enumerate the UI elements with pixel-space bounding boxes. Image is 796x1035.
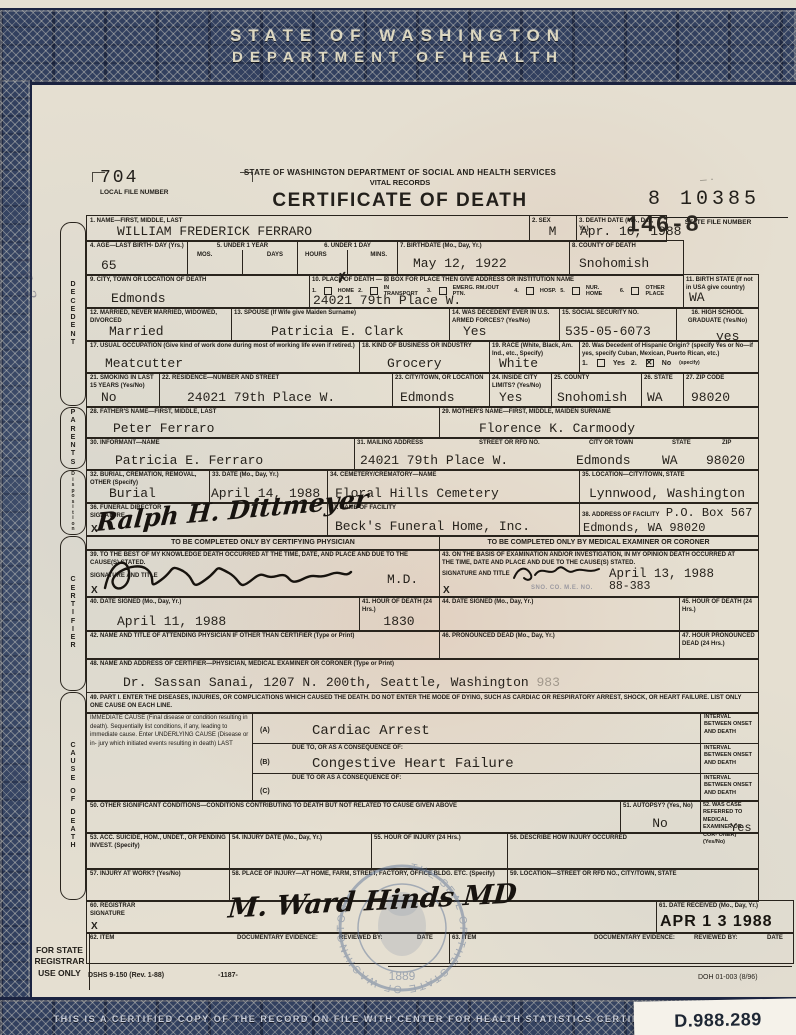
certificate-form: DECEDENT PARENTS Disposition CERTIFIER C…	[58, 160, 794, 1000]
field-50-other-conditions: 50. OTHER SIGNIFICANT CONDITIONS—CONDITI…	[87, 801, 621, 833]
field-30-value: Patricia E. Ferraro	[115, 453, 263, 468]
field-26-label: 26. STATE	[641, 373, 683, 382]
cause-line-b-value: Congestive Heart Failure	[312, 756, 514, 772]
section-certifier: CERTIFIER	[60, 536, 86, 691]
field-8-value: Snohomish	[579, 256, 649, 271]
field-5-label: 5. UNDER 1 YEAR	[187, 241, 297, 250]
field-41-value: 1830	[383, 614, 414, 629]
field-4-label: 4. AGE—LAST BIRTH- DAY (Yrs.)	[87, 241, 187, 250]
band-state-title: STATE OF WASHINGTON	[230, 26, 566, 46]
left-guilloche-band	[0, 80, 32, 1035]
field-30-label: 30. INFORMANT—NAME	[87, 438, 354, 447]
option-label: HOSP.	[540, 288, 556, 294]
checkbox-unchecked	[572, 287, 580, 295]
field-23-value: Edmonds	[400, 390, 455, 405]
field-1-name: 1. NAME—FIRST, MIDDLE, LAST WILLIAM FRED…	[87, 216, 530, 241]
field-48-value-faded: 983	[536, 675, 559, 690]
field-1-value: WILLIAM FREDERICK FERRARO	[117, 224, 312, 239]
field-14-label: 14. WAS DECEDENT EVER IN U.S. ARMED FORC…	[449, 308, 559, 325]
field-49-part-i: 49. PART I. ENTER THE DISEASES, INJURIES…	[87, 693, 758, 713]
option-number: 2.	[631, 360, 637, 367]
field-17-label: 17. USUAL OCCUPATION (Give kind of work …	[87, 341, 359, 350]
field-46-label: 46. PRONOUNCED DEAD (Mo., Day, Yr.)	[439, 631, 679, 640]
option-label: No	[662, 360, 671, 367]
field-56-how-injury: 56. DESCRIBE HOW INJURY OCCURRED	[507, 833, 758, 869]
field-2-sex: 2. SEX M	[529, 216, 577, 241]
field-41-hour-of-death: 41. HOUR OF DEATH (24 Hrs.) 1830	[359, 597, 440, 631]
field-18-label: 18. KIND OF BUSINESS OR INDUSTRY	[359, 341, 489, 350]
row-12: 40. DATE SIGNED (Mo., Day, Yr.) April 11…	[86, 596, 759, 632]
field-3-death-date: 3. DEATH DATE (Mo., Day, Yr.) Apr. 10, 1…	[576, 216, 666, 241]
field-52-referred-to-me: 52. WAS CASE REFERRED TO MEDICAL EXAMINE…	[700, 801, 758, 833]
field-63-reviewed-label: REVIEWED BY:	[694, 935, 738, 941]
field-39-title-suffix: M.D.	[387, 572, 418, 587]
field-2-value: M	[549, 224, 557, 239]
row-9: 32. BURIAL, CREMATION, REMOVAL, OTHER (S…	[86, 469, 759, 504]
option-label: EMERG. RM./OUT PTN.	[453, 285, 511, 297]
field-38-value1: P.O. Box 567	[666, 506, 752, 520]
row-13: 42. NAME AND TITLE OF ATTENDING PHYSICIA…	[86, 630, 759, 660]
field-40-date-signed: 40. DATE SIGNED (Mo., Day, Yr.) April 11…	[87, 597, 360, 631]
option-number: 5.	[560, 288, 565, 294]
field-62-reviewed-label: REVIEWED BY:	[339, 935, 383, 941]
field-57-injury-at-work: 57. INJURY AT WORK? (Yes/No)	[87, 869, 230, 901]
cause-line-a-tag: (A)	[260, 727, 270, 734]
immediate-cause-note-cell: IMMEDIATE CAUSE (Final disease or condit…	[87, 713, 253, 801]
field-5-under-1-year: 5. UNDER 1 YEAR MOS. DAYS	[187, 241, 298, 275]
field-24-city-limits: 24. INSIDE CITY LIMITS? (Yes/No) Yes	[489, 373, 552, 407]
field-40-label: 40. DATE SIGNED (Mo., Day, Yr.)	[87, 597, 359, 606]
field-47-label: 47. HOUR PRONOUNCED DEAD (24 Hrs.)	[679, 631, 758, 648]
field-8-label: 8. COUNTY OF DEATH	[569, 241, 683, 250]
band-dept-title: DEPARTMENT OF HEALTH	[232, 49, 564, 66]
state-registrar-use-box: FOR STATE REGISTRAR USE ONLY	[30, 934, 90, 990]
field-53-label: 53. ACC. SUICIDE, HOM., UNDET., OR PENDI…	[87, 833, 229, 850]
physician-signature-scrawl	[97, 552, 357, 596]
field-31-state-value: WA	[662, 453, 678, 468]
field-31-sub-city: CITY OR TOWN	[589, 440, 633, 446]
field-14-value: Yes	[463, 324, 486, 339]
cause-due-b-label: DUE TO, OR AS A CONSEQUENCE OF:	[292, 745, 403, 751]
field-28-father: 28. FATHER'S NAME—FIRST, MIDDLE, LAST Pe…	[87, 407, 440, 438]
row-1: 1. NAME—FIRST, MIDDLE, LAST WILLIAM FRED…	[86, 215, 667, 242]
field-20-options: 1.Yes2.No(specify)	[579, 358, 758, 367]
cause-line-b-tag: (B)	[260, 759, 270, 766]
field-37-value: Beck's Funeral Home, Inc.	[335, 519, 530, 534]
field-13-value: Patricia E. Clark	[271, 324, 404, 339]
field-4-value: 65	[101, 258, 117, 273]
field-27-zip: 27. ZIP CODE 98020	[683, 373, 758, 407]
field-62-date-label: DATE	[417, 935, 433, 941]
checkbox-unchecked	[597, 359, 605, 367]
field-48-value: Dr. Sassan Sanai, 1207 N. 200th, Seattle…	[123, 675, 529, 690]
field-48-certifier-address: 48. NAME AND ADDRESS OF CERTIFIER—PHYSIC…	[87, 659, 758, 692]
field-23-residence-city: 23. CITY/TOWN, OR LOCATION Edmonds	[392, 373, 490, 407]
cause-of-death-block: IMMEDIATE CAUSE (Final disease or condit…	[86, 712, 759, 802]
field-48-label: 48. NAME AND ADDRESS OF CERTIFIER—PHYSIC…	[87, 659, 758, 668]
field-14-armed-forces: 14. WAS DECEDENT EVER IN U.S. ARMED FORC…	[449, 308, 560, 341]
field-19-value: White	[499, 356, 538, 371]
field-10-handwritten-x: ✗	[336, 270, 349, 287]
field-33-label: 33. DATE (Mo., Day, Yr.)	[209, 470, 327, 479]
option-label: NUR. HOME	[586, 285, 616, 297]
field-46-pronounced-dead: 46. PRONOUNCED DEAD (Mo., Day, Yr.)	[439, 631, 680, 659]
field-62-evidence-label: DOCUMENTARY EVIDENCE:	[237, 935, 318, 941]
field-50-label: 50. OTHER SIGNIFICANT CONDITIONS—CONDITI…	[87, 801, 620, 810]
field-59-injury-location: 59. LOCATION—STREET OR RFD NO., CITY/TOW…	[507, 869, 758, 901]
me-signature-scrawl	[509, 562, 604, 584]
field-4-age: 4. AGE—LAST BIRTH- DAY (Yrs.) 65	[87, 241, 188, 275]
field-15-label: 15. SOCIAL SECURITY NO.	[559, 308, 676, 317]
field-31-sub-street: STREET OR RFD NO.	[479, 440, 540, 446]
field-25-residence-county: 25. COUNTY Snohomish	[551, 373, 642, 407]
checkbox-unchecked	[526, 287, 534, 295]
row-53: 53. ACC. SUICIDE, HOM., UNDET., OR PENDI…	[86, 832, 759, 870]
immediate-cause-note: IMMEDIATE CAUSE (Final disease or condit…	[87, 713, 252, 749]
field-38-facility-address: 38. ADDRESS OF FACILITY P.O. Box 567 Edm…	[579, 503, 758, 536]
field-56-label: 56. DESCRIBE HOW INJURY OCCURRED	[507, 833, 758, 842]
field-22-residence: 22. RESIDENCE—NUMBER AND STREET 24021 79…	[159, 373, 393, 407]
field-58-label: 58. PLACE OF INJURY—AT HOME, FARM, STREE…	[229, 869, 507, 878]
field-43-x-mark: X	[443, 585, 450, 596]
row-6: 21. SMOKING IN LAST 15 YEARS (Yes/No) No…	[86, 372, 759, 408]
field-10-label: 10. PLACE OF DEATH — ☒ BOX FOR PLACE THE…	[309, 275, 683, 284]
field-6-sub-hours: HOURS	[305, 252, 327, 258]
field-60-x-mark: X	[91, 921, 98, 932]
field-42-attending-physician: 42. NAME AND TITLE OF ATTENDING PHYSICIA…	[87, 631, 440, 659]
cause-line-b: DUE TO, OR AS A CONSEQUENCE OF: (B) Cong…	[252, 743, 700, 774]
field-6-label: 6. UNDER 1 DAY	[297, 241, 397, 250]
field-61-date-received: 61. DATE RECEIVED (Mo., Day, Yr.) APR 1 …	[656, 901, 793, 933]
field-34-label: 34. CEMETERY/CREMATORY—NAME	[327, 470, 579, 479]
field-27-label: 27. ZIP CODE	[683, 373, 758, 382]
field-11-value: WA	[689, 290, 705, 305]
field-45-me-hour: 45. HOUR OF DEATH (24 Hrs.)	[679, 597, 758, 631]
field-26-value: WA	[647, 390, 663, 405]
section-parents: PARENTS	[60, 407, 86, 469]
option-label: OTHER PLACE	[645, 285, 683, 297]
field-7-label: 7. BIRTHDATE (Mo., Day, Yr.)	[397, 241, 569, 250]
field-5-divider	[242, 250, 243, 275]
field-12-marital-status: 12. MARRIED, NEVER MARRIED, WIDOWED, DIV…	[87, 308, 232, 341]
field-31-zip-value: 98020	[706, 453, 745, 468]
field-8-county: 8. COUNTY OF DEATH Snohomish	[569, 241, 683, 275]
row-15: 49. PART I. ENTER THE DISEASES, INJURIES…	[86, 692, 759, 714]
field-9-value: Edmonds	[111, 291, 166, 306]
field-5-sub-months: MOS.	[197, 252, 212, 258]
field-9-label: 9. CITY, TOWN OR LOCATION OF DEATH	[87, 275, 309, 284]
field-43-stamp-label: SNO. CO. M.E. NO.	[531, 585, 593, 591]
field-24-value: Yes	[499, 390, 522, 405]
field-31-mailing-address: 31. MAILING ADDRESS STREET OR RFD NO. CI…	[354, 438, 758, 470]
cause-line-c-tag: (C)	[260, 788, 270, 795]
option-number: 1.	[582, 360, 588, 367]
field-21-value: No	[101, 390, 117, 405]
field-62-item: 62. ITEM DOCUMENTARY EVIDENCE: REVIEWED …	[87, 933, 450, 963]
field-21-label: 21. SMOKING IN LAST 15 YEARS (Yes/No)	[87, 373, 159, 390]
section-decedent: DECEDENT	[60, 222, 86, 406]
field-19-race: 19. RACE (White, Black, Am. Ind., etc., …	[489, 341, 580, 373]
field-31-sub-zip: ZIP	[722, 440, 731, 446]
field-18-value: Grocery	[387, 356, 442, 371]
field-23-label: 23. CITY/TOWN, OR LOCATION	[392, 373, 489, 382]
interval-column: INTERVAL BETWEEN ONSET AND DEATH INTERVA…	[700, 713, 759, 801]
interval-b-label: INTERVAL BETWEEN ONSET AND DEATH	[701, 744, 759, 767]
field-17-occupation: 17. USUAL OCCUPATION (Give kind of work …	[87, 341, 360, 373]
field-12-value: Married	[109, 324, 164, 339]
row-50: 50. OTHER SIGNIFICANT CONDITIONS—CONDITI…	[86, 800, 759, 834]
doh-form-number: DOH 01-003 (8/96)	[698, 974, 758, 981]
interval-c-cell: INTERVAL BETWEEN ONSET AND DEATH	[701, 773, 759, 802]
field-11-birth-state: 11. BIRTH STATE (If not in USA give coun…	[683, 275, 758, 308]
cause-lines-cell: (A) Cardiac Arrest DUE TO, OR AS A CONSE…	[252, 713, 701, 801]
field-6-divider	[347, 250, 348, 275]
field-63-evidence-label: DOCUMENTARY EVIDENCE:	[594, 935, 675, 941]
field-32-label: 32. BURIAL, CREMATION, REMOVAL, OTHER (S…	[87, 470, 209, 487]
medical-examiner-header: TO BE COMPLETED ONLY BY MEDICAL EXAMINER…	[439, 536, 758, 550]
field-63-date-label: DATE	[767, 935, 783, 941]
row-3: 9. CITY, TOWN OR LOCATION OF DEATH Edmon…	[86, 274, 759, 309]
field-49-label: 49. PART I. ENTER THE DISEASES, INJURIES…	[87, 693, 747, 710]
field-6-sub-mins: MINS.	[370, 252, 387, 258]
death-certificate-page: STATE OF WASHINGTON DEPARTMENT OF HEALTH…	[0, 0, 796, 1035]
cause-line-a: (A) Cardiac Arrest	[252, 713, 700, 743]
interval-a-label: INTERVAL BETWEEN ONSET AND DEATH	[701, 713, 759, 736]
field-39-physician-certification: 39. TO THE BEST OF MY KNOWLEDGE DEATH OC…	[87, 550, 440, 597]
row-11: 39. TO THE BEST OF MY KNOWLEDGE DEATH OC…	[86, 549, 759, 598]
archive-reference-label: D.988.289	[634, 998, 796, 1035]
field-54-injury-date: 54. INJURY DATE (Mo., Day, Yr.)	[229, 833, 372, 869]
field-31-sub-state: STATE	[672, 440, 691, 446]
section-disposition: Disposition	[60, 470, 86, 535]
archive-reference-number: D.988.289	[674, 1009, 762, 1032]
field-31-street-value: 24021 79th Place W.	[360, 453, 508, 468]
field-42-label: 42. NAME AND TITLE OF ATTENDING PHYSICIA…	[87, 631, 439, 640]
field-15-ssn: 15. SOCIAL SECURITY NO. 535-05-6073	[559, 308, 677, 341]
row-8: 30. INFORMANT—NAME Patricia E. Ferraro 3…	[86, 437, 759, 471]
field-21-smoking: 21. SMOKING IN LAST 15 YEARS (Yes/No) No	[87, 373, 160, 407]
interval-b-cell: INTERVAL BETWEEN ONSET AND DEATH	[701, 743, 759, 774]
cause-due-c-label: DUE TO OR AS A CONSEQUENCE OF:	[292, 775, 401, 781]
field-61-label: 61. DATE RECEIVED (Mo., Day, Yr.)	[656, 901, 793, 910]
field-13-label: 13. SPOUSE (If Wife give Maiden Surname)	[231, 308, 449, 317]
field-32-value: Burial	[109, 486, 156, 501]
certifying-physician-header: TO BE COMPLETED ONLY BY CERTIFYING PHYSI…	[87, 536, 440, 550]
field-51-autopsy: 51. AUTOPSY? (Yes, No) No	[620, 801, 701, 833]
row-4: 12. MARRIED, NEVER MARRIED, WIDOWED, DIV…	[86, 307, 759, 342]
field-16-hs-graduate: 16. HIGH SCHOOL GRADUATE (Yes/No) yes	[676, 308, 758, 341]
field-3-value: Apr. 10, 1988	[580, 224, 681, 239]
field-32-disposition-type: 32. BURIAL, CREMATION, REMOVAL, OTHER (S…	[87, 470, 210, 503]
option-suffix: (specify)	[679, 360, 700, 366]
field-25-value: Snohomish	[557, 390, 627, 405]
field-43-sig-label: SIGNATURE AND TITLE	[442, 571, 510, 577]
field-10-place-of-death: 10. PLACE OF DEATH — ☒ BOX FOR PLACE THE…	[309, 275, 684, 308]
option-number: 6.	[620, 288, 625, 294]
field-29-mother: 29. MOTHER'S NAME—FIRST, MIDDLE, MAIDEN …	[439, 407, 758, 438]
field-59-label: 59. LOCATION—STREET OR RFD NO., CITY/TOW…	[507, 869, 758, 878]
field-22-value: 24021 79th Place W.	[187, 390, 335, 405]
field-12-label: 12. MARRIED, NEVER MARRIED, WIDOWED, DIV…	[87, 308, 231, 325]
cause-line-a-value: Cardiac Arrest	[312, 723, 430, 739]
field-7-birthdate: 7. BIRTHDATE (Mo., Day, Yr.) May 12, 192…	[397, 241, 570, 275]
cause-line-c: DUE TO OR AS A CONSEQUENCE OF: (C)	[252, 773, 700, 802]
field-26-residence-state: 26. STATE WA	[641, 373, 684, 407]
date-received-stamp: APR 1 3 1988	[660, 913, 773, 931]
footer-rule	[388, 966, 792, 967]
field-38-value2: Edmonds, WA 98020	[583, 521, 705, 535]
option-number: 4.	[514, 288, 519, 294]
field-25-label: 25. COUNTY	[551, 373, 641, 382]
field-62-label: 62. ITEM	[90, 935, 114, 941]
section-cause-of-death: CAUSEOFDEATH	[60, 692, 86, 900]
field-55-injury-hour: 55. HOUR OF INJURY (24 Hrs.)	[371, 833, 508, 869]
field-28-label: 28. FATHER'S NAME—FIRST, MIDDLE, LAST	[87, 407, 439, 416]
field-41-label: 41. HOUR OF DEATH (24 Hrs.)	[359, 597, 439, 614]
row-7: 28. FATHER'S NAME—FIRST, MIDDLE, LAST Pe…	[86, 406, 759, 439]
field-6-under-1-day: 6. UNDER 1 DAY HOURS MINS.	[297, 241, 398, 275]
field-27-value: 98020	[691, 390, 730, 405]
field-38-label: 38. ADDRESS OF FACILITY	[579, 510, 661, 519]
field-7-value: May 12, 1922	[413, 256, 507, 271]
field-10-value: 24021 79th Place W.	[313, 293, 461, 308]
field-29-label: 29. MOTHER'S NAME—FIRST, MIDDLE, MAIDEN …	[439, 407, 758, 416]
field-47-hour-pronounced: 47. HOUR PRONOUNCED DEAD (24 Hrs.)	[679, 631, 758, 659]
field-43-me-certification: 43. ON THE BASIS OF EXAMINATION AND/OR I…	[439, 550, 758, 597]
field-53-manner: 53. ACC. SUICIDE, HOM., UNDET., OR PENDI…	[87, 833, 230, 869]
field-63-label: 63. ITEM	[452, 935, 476, 941]
interval-c-label: INTERVAL BETWEEN ONSET AND DEATH	[701, 774, 759, 797]
field-5-sub-days: DAYS	[267, 252, 283, 258]
field-13-spouse: 13. SPOUSE (If Wife give Maiden Surname)…	[231, 308, 450, 341]
form-print-code: -1187-	[218, 972, 238, 979]
field-43-stamp-number: 88-383	[609, 580, 650, 593]
field-22-label: 22. RESIDENCE—NUMBER AND STREET	[159, 373, 392, 382]
field-63-item: 63. ITEM DOCUMENTARY EVIDENCE: REVIEWED …	[449, 933, 793, 963]
field-35-label: 35. LOCATION—CITY/TOWN, STATE	[579, 470, 758, 479]
field-45-label: 45. HOUR OF DEATH (24 Hrs.)	[679, 597, 758, 614]
row-5: 17. USUAL OCCUPATION (Give kind of work …	[86, 340, 759, 374]
field-20-hispanic-origin: 20. Was Decedent of Hispanic Origin? (sp…	[579, 341, 758, 373]
field-16-label: 16. HIGH SCHOOL GRADUATE (Yes/No)	[676, 308, 758, 325]
field-15-value: 535-05-6073	[565, 324, 651, 339]
field-35-value: Lynnwood, Washington	[589, 486, 745, 501]
field-20-label: 20. Was Decedent of Hispanic Origin? (sp…	[579, 341, 758, 358]
field-40-value: April 11, 1988	[117, 614, 226, 629]
option-label: Yes	[613, 360, 625, 367]
field-51-label: 51. AUTOPSY? (Yes, No)	[620, 801, 700, 810]
checkbox-checked	[646, 359, 654, 367]
field-9-city-of-death: 9. CITY, TOWN OR LOCATION OF DEATH Edmon…	[87, 275, 310, 308]
field-29-value: Florence K. Carmoody	[479, 421, 635, 436]
field-44-me-date-signed: 44. DATE SIGNED (Mo., Day, Yr.)	[439, 597, 680, 631]
field-31-label: 31. MAILING ADDRESS	[357, 440, 423, 446]
row-62: 62. ITEM DOCUMENTARY EVIDENCE: REVIEWED …	[86, 932, 794, 964]
field-30-informant: 30. INFORMANT—NAME Patricia E. Ferraro	[87, 438, 355, 470]
form-number: DSHS 9-150 (Rev. 1-88)	[88, 972, 164, 979]
checkbox-unchecked	[631, 287, 639, 295]
field-55-label: 55. HOUR OF INJURY (24 Hrs.)	[371, 833, 507, 842]
field-31-city-value: Edmonds	[576, 453, 631, 468]
field-44-label: 44. DATE SIGNED (Mo., Day, Yr.)	[439, 597, 679, 606]
interval-a-cell: INTERVAL BETWEEN ONSET AND DEATH	[701, 713, 759, 743]
field-28-value: Peter Ferraro	[113, 421, 214, 436]
field-24-label: 24. INSIDE CITY LIMITS? (Yes/No)	[489, 373, 551, 390]
field-35-cemetery-location: 35. LOCATION—CITY/TOWN, STATE Lynnwood, …	[579, 470, 758, 503]
field-57-label: 57. INJURY AT WORK? (Yes/No)	[87, 869, 229, 878]
field-18-industry: 18. KIND OF BUSINESS OR INDUSTRY Grocery	[359, 341, 490, 373]
field-17-value: Meatcutter	[105, 356, 183, 371]
field-54-label: 54. INJURY DATE (Mo., Day, Yr.)	[229, 833, 371, 842]
field-51-value: No	[652, 816, 668, 831]
row-2: 4. AGE—LAST BIRTH- DAY (Yrs.) 65 5. UNDE…	[86, 240, 684, 276]
field-43-date: April 13, 1988	[609, 567, 714, 581]
row-14: 48. NAME AND ADDRESS OF CERTIFIER—PHYSIC…	[86, 658, 759, 693]
top-guilloche-band: STATE OF WASHINGTON DEPARTMENT OF HEALTH	[0, 8, 796, 85]
